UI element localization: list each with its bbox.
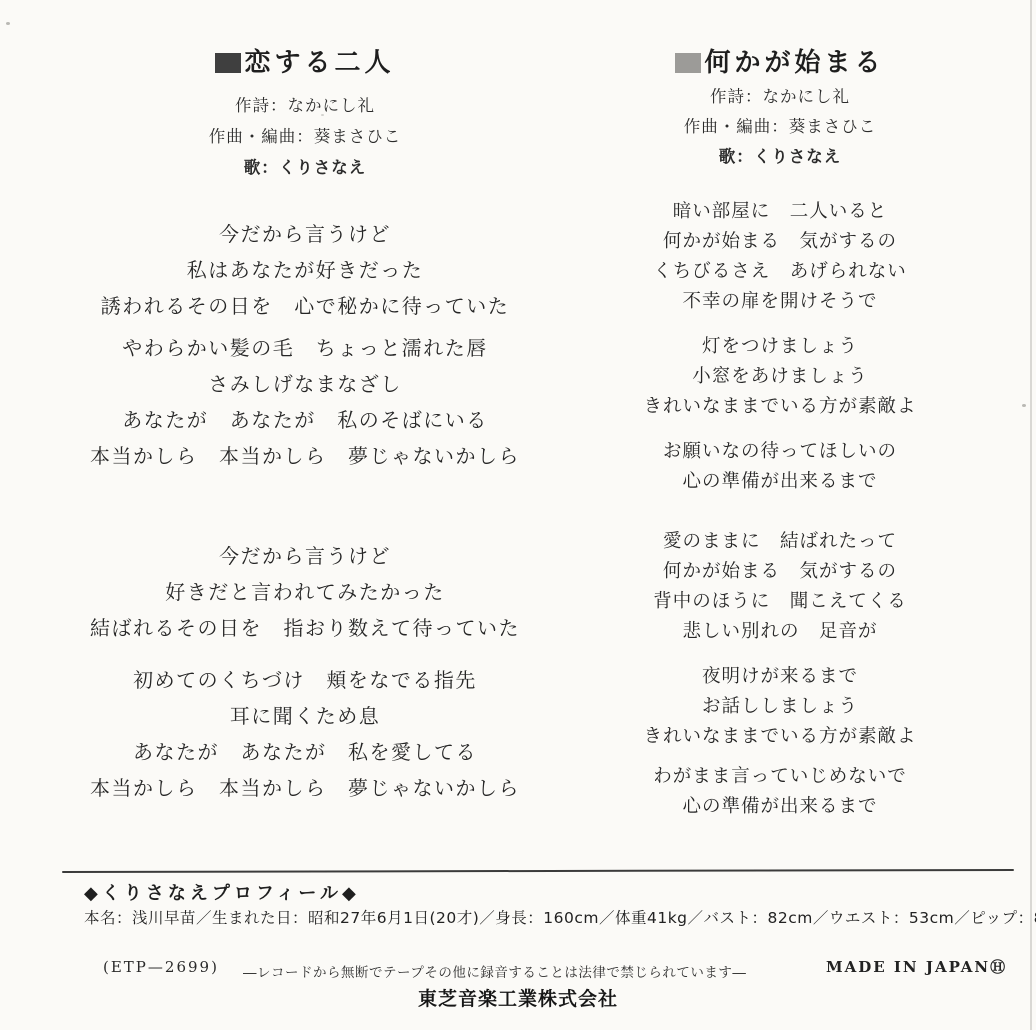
profile-details: 本名：浅川早苗／生まれた日：昭和27年6月1日(20才)／身長：160cm／体重… <box>84 906 1036 928</box>
horizontal-rule <box>62 869 1014 873</box>
lyric-stanza: やわらかい髪の毛 ちょっと濡れた唇さみしげなまなざしあなたが あなたが 私のそば… <box>75 330 535 474</box>
lyric-line: お願いなの待ってほしいの <box>563 437 997 467</box>
scan-artifact <box>6 22 10 25</box>
profile-heading: ◆くりさなえプロフィール◆ <box>84 879 360 905</box>
credit-composer: 作曲・編曲：葵まさひこ <box>75 121 535 152</box>
lyric-line: 灯をつけましょう <box>563 332 997 362</box>
lyric-line: やわらかい髪の毛 ちょっと濡れた唇 <box>75 330 535 366</box>
lyric-line: 何かが始まる 気がするの <box>563 227 997 257</box>
lyric-line: 好きだと言われてみたかった <box>75 574 535 610</box>
lyric-stanza: お願いなの待ってほしいの心の準備が出来るまで <box>563 437 997 497</box>
credit-lyricist: 作詩：なかにし礼 <box>75 90 535 121</box>
circled-h-mark: Ⓗ <box>990 958 1007 976</box>
lyric-stanza: わがまま言っていじめないで心の準備が出来るまで <box>563 762 997 822</box>
copyright-notice: ―レコードから無断でテープその他に録音することは法律で禁じられています― <box>243 961 746 981</box>
song-column-right: 何かが始まる 作詩：なかにし礼 作曲・編曲：葵まさひこ 歌：くりさなえ 暗い部屋… <box>563 48 997 822</box>
record-sleeve-back: 恋する二人 作詩：なかにし礼 作曲・編曲：葵まさひこ 歌：くりさなえ 今だから言… <box>0 0 1036 1030</box>
song-credits: 作詩：なかにし礼 作曲・編曲：葵まさひこ 歌：くりさなえ <box>563 82 997 172</box>
lyric-line: 暗い部屋に 二人いると <box>563 197 997 227</box>
song-title: 何かが始まる <box>563 48 997 78</box>
lyric-line: 愛のままに 結ばれたって <box>563 527 997 557</box>
lyric-line: あなたが あなたが 私のそばにいる <box>75 402 535 438</box>
lyrics: 今だから言うけど私はあなたが好きだった誘われるその日を 心で秘かに待っていたやわ… <box>75 216 535 806</box>
credit-singer: 歌：くりさなえ <box>563 142 997 172</box>
lyric-line: さみしげなまなざし <box>75 366 535 402</box>
lyric-line: 耳に聞くため息 <box>75 698 535 734</box>
lyric-line: 今だから言うけど <box>75 216 535 252</box>
credit-composer: 作曲・編曲：葵まさひこ <box>563 112 997 142</box>
lyric-line: 結ばれるその日を 指おり数えて待っていた <box>75 610 535 646</box>
lyric-line: くちびるさえ あげられない <box>563 257 997 287</box>
lyric-line: あなたが あなたが 私を愛してる <box>75 734 535 770</box>
lyric-stanza: 愛のままに 結ばれたって何かが始まる 気がするの背中のほうに 聞こえてくる悲しい… <box>563 527 997 647</box>
made-in-text: MADE IN JAPAN <box>826 958 990 976</box>
lyrics: 暗い部屋に 二人いると何かが始まる 気がするのくちびるさえ あげられない不幸の扉… <box>563 197 997 822</box>
lyric-stanza: 今だから言うけど私はあなたが好きだった誘われるその日を 心で秘かに待っていた <box>75 216 535 324</box>
lyric-line: 心の準備が出来るまで <box>563 792 997 822</box>
square-bullet-icon <box>215 53 241 73</box>
lyric-stanza: 今だから言うけど好きだと言われてみたかった結ばれるその日を 指おり数えて待ってい… <box>75 538 535 646</box>
lyric-line: 今だから言うけど <box>75 538 535 574</box>
credit-lyricist: 作詩：なかにし礼 <box>563 82 997 112</box>
lyric-line: 夜明けが来るまで <box>563 662 997 692</box>
made-in-japan-label: MADE IN JAPANⒽ <box>826 956 1007 977</box>
song-title-text: 恋する二人 <box>244 48 394 78</box>
lyric-line: 何かが始まる 気がするの <box>563 557 997 587</box>
lyric-line: 私はあなたが好きだった <box>75 252 535 288</box>
scan-artifact <box>1022 404 1026 407</box>
lyric-stanza: 灯をつけましょう小窓をあけましょうきれいなままでいる方が素敵よ <box>563 332 997 422</box>
lyric-line: わがまま言っていじめないで <box>563 762 997 792</box>
sleeve-edge <box>1030 0 1032 1030</box>
lyric-line: 心の準備が出来るまで <box>563 467 997 497</box>
lyric-stanza: 夜明けが来るまでお話ししましょうきれいなままでいる方が素敵よ <box>563 662 997 752</box>
song-column-left: 恋する二人 作詩：なかにし礼 作曲・編曲：葵まさひこ 歌：くりさなえ 今だから言… <box>75 48 535 806</box>
lyric-line: 背中のほうに 聞こえてくる <box>563 587 997 617</box>
song-title: 恋する二人 <box>75 48 535 78</box>
song-title-text: 何かが始まる <box>704 48 884 78</box>
company-name: 東芝音楽工業株式会社 <box>0 984 1036 1011</box>
lyric-line: 不幸の扉を開けそうで <box>563 287 997 317</box>
lyric-line: お話ししましょう <box>563 692 997 722</box>
lyric-line: きれいなままでいる方が素敵よ <box>563 392 997 422</box>
square-bullet-icon <box>675 53 701 73</box>
lyric-line: 悲しい別れの 足音が <box>563 617 997 647</box>
lyric-line: 本当かしら 本当かしら 夢じゃないかしら <box>75 438 535 474</box>
lyric-line: 本当かしら 本当かしら 夢じゃないかしら <box>75 770 535 806</box>
song-credits: 作詩：なかにし礼 作曲・編曲：葵まさひこ 歌：くりさなえ <box>75 90 535 183</box>
lyric-line: 誘われるその日を 心で秘かに待っていた <box>75 288 535 324</box>
lyric-stanza: 初めてのくちづけ 頬をなでる指先耳に聞くため息あなたが あなたが 私を愛してる本… <box>75 662 535 806</box>
lyric-line: 小窓をあけましょう <box>563 362 997 392</box>
catalog-number: (ETP—2699) <box>103 958 219 976</box>
lyric-line: 初めてのくちづけ 頬をなでる指先 <box>75 662 535 698</box>
credit-singer: 歌：くりさなえ <box>75 152 535 183</box>
lyric-stanza: 暗い部屋に 二人いると何かが始まる 気がするのくちびるさえ あげられない不幸の扉… <box>563 197 997 317</box>
lyric-line: きれいなままでいる方が素敵よ <box>563 722 997 752</box>
